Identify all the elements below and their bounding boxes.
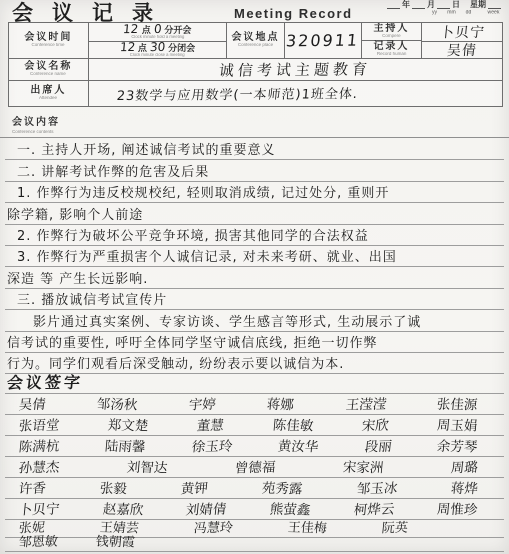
host-label: 主持人 Compere: [362, 23, 422, 40]
signature-heading: 会议签字: [4, 370, 84, 394]
date-blank-year: [387, 1, 400, 9]
place-label-cell: 会议地点 Conference place: [227, 23, 285, 58]
signature-row: 卜贝宁 赵嘉欣 刘婧倩 熊萤鑫 柯烨云 周惟珍: [5, 499, 504, 520]
date-blank-week: [488, 1, 501, 9]
signature-name: 钱朝霞: [95, 531, 136, 551]
meeting-name-label-cn: 会议名称: [24, 61, 72, 72]
host-label-en: Compere: [382, 34, 401, 39]
date-fill-line: 年 月 日 星期 yy mm dd week: [363, 1, 501, 16]
meeting-name-value: 诚信考试主题教育: [218, 58, 372, 80]
signature-name: 邹恩敏: [18, 530, 59, 550]
content-section-label: 会议内容 Conference contents: [12, 112, 67, 136]
time-open-dot-label: 点: [142, 26, 151, 35]
date-label-week: 星期: [470, 1, 486, 9]
signature-name: 柯烨云: [353, 497, 396, 518]
attendee-label-cn: 出席人: [30, 85, 66, 96]
document-title-en: Meeting Record: [234, 6, 353, 21]
signature-name: 蒋娜: [267, 393, 296, 413]
date-blank-month: [412, 1, 425, 9]
signature-name: 张佳源: [437, 393, 479, 414]
signature-name: 刘婧倩: [185, 497, 228, 518]
signature-name: 宋欣: [361, 414, 390, 435]
meeting-name-label-en: Conference name: [30, 72, 66, 77]
attendee-label-cell: 出席人 Attendee: [9, 81, 89, 106]
content-lines: 一. 主持人开场, 阐述诚信考试的重要意义 二. 讲解考试作弊的危害及后果 1.…: [5, 139, 504, 374]
signature-row: 孙慧杰 刘智达 曾德福 宋家洲 周璐: [5, 457, 504, 478]
signature-name: 许香: [18, 477, 47, 498]
content-line: 影片通过真实案例、专家访谈、学生感言等形式, 生动展示了诚: [5, 310, 504, 331]
signature-name: 周璐: [450, 456, 479, 477]
time-open-minute: 0: [153, 23, 162, 35]
signature-name: 卜贝宁: [18, 497, 61, 518]
signature-name: 董慧: [196, 414, 225, 435]
signature-name: 邹玉冰: [355, 476, 398, 497]
date-label-year: 年: [402, 1, 410, 9]
signature-name: 赵嘉欣: [102, 498, 144, 519]
host-label-cn: 主持人: [373, 23, 409, 34]
content-line: 1. 作弊行为违反校规校纪, 轻则取消成绩, 记过处分, 重则开: [5, 182, 504, 203]
signature-name: 周玉娟: [437, 414, 479, 435]
time-label-en: Conference time: [32, 43, 65, 48]
place-label-en: Conference place: [238, 43, 273, 48]
date-en-yy: yy: [428, 10, 441, 15]
signature-name: 陈佳敏: [272, 414, 314, 435]
content-line: 3. 作弊行为严重损害个人诚信记录, 对未来考研、就业、出国: [5, 246, 504, 267]
signature-row: 张妮 王婧芸 冯慧玲 王佳梅 阮英: [5, 520, 504, 538]
signature-name: 阮英: [381, 517, 409, 537]
signature-row: 陈满杭 陆雨馨 徐玉玲 黄汝华 段丽 余芳琴: [5, 436, 504, 457]
meeting-name-value-cell: 诚信考试主题教育: [89, 59, 502, 80]
table-row-attendee: 出席人 Attendee 23数学与应用数学(一本师范)1班全体.: [9, 81, 502, 106]
content-label-en: Conference contents: [12, 130, 54, 135]
recorder-label-cn: 记录人: [373, 41, 409, 52]
date-blank-day: [437, 1, 450, 9]
signature-name: 徐玉玲: [191, 434, 234, 455]
signature-name: 苑秀露: [261, 477, 303, 498]
signature-name: 孙慧杰: [18, 455, 61, 476]
date-label-day: 日: [452, 1, 460, 9]
content-line: 2. 作弊行为破坏公平竞争环境, 损害其他同学的合法权益: [5, 225, 504, 246]
recorder-label-en: Record human: [377, 52, 407, 57]
content-line: 二. 讲解考试作弊的危害及后果: [5, 160, 504, 181]
signature-row: 张语堂 郑文楚 董慧 陈佳敏 宋欣 周玉娟: [5, 415, 504, 436]
date-en-week: week: [487, 10, 500, 15]
place-label-cn: 会议地点: [231, 32, 279, 43]
signature-name: 余芳琴: [437, 435, 479, 456]
signature-name: 王滢滢: [345, 392, 388, 413]
content-divider: [0, 137, 509, 138]
meeting-info-table: 会议时间 Conference time 12 点 0 分开会 Clock mi…: [8, 22, 503, 107]
recorder-value: 吴倩: [446, 40, 478, 58]
signature-section: 会议签字 吴倩 邹汤秋 宇婷 蒋娜 王滢滢 张佳源 张语堂 郑文楚 董慧 陈佳敏…: [5, 374, 504, 552]
signature-row: 吴倩 邹汤秋 宇婷 蒋娜 王滢滢 张佳源: [5, 394, 504, 415]
time-label-cn: 会议时间: [24, 32, 72, 43]
host-recorder-value-cell: 卜贝宁 吴倩: [422, 23, 502, 58]
attendee-value: 23数学与应用数学(一本师范)1班全体.: [116, 83, 359, 104]
signature-name: 蒋烨: [450, 477, 479, 497]
signature-name: 段丽: [364, 435, 393, 456]
content-line: 除学籍, 影响个人前途: [5, 203, 504, 224]
table-row-time-place-host: 会议时间 Conference time 12 点 0 分开会 Clock mi…: [9, 23, 502, 59]
signature-name: 陈满杭: [18, 434, 61, 455]
time-close-minute: 30: [149, 41, 165, 53]
recorder-label: 记录人 Record human: [362, 40, 422, 58]
signature-name: 周惟珍: [437, 498, 479, 519]
signature-name: 王佳梅: [287, 517, 328, 537]
signature-name: 宋家洲: [342, 456, 384, 477]
meeting-name-label-cell: 会议名称 Conference name: [9, 59, 89, 80]
meeting-record-document: 会议记录 Meeting Record 年 月 日 星期 yy mm dd we…: [0, 0, 509, 554]
signature-name: 张毅: [99, 477, 128, 497]
place-value-cell: 320911: [285, 23, 362, 58]
time-open-hour: 12: [123, 23, 139, 35]
signature-name: 宇婷: [188, 393, 217, 414]
content-label-cn: 会议内容: [12, 117, 60, 128]
attendee-label-en: Attendee: [39, 96, 57, 101]
content-line: 深造 等 产生长远影响.: [5, 267, 504, 288]
place-value: 320911: [285, 31, 360, 51]
time-close-hour: 12: [119, 41, 135, 53]
content-line: 一. 主持人开场, 阐述诚信考试的重要意义: [5, 139, 504, 160]
signature-name: 张语堂: [18, 413, 61, 434]
table-row-meeting-name: 会议名称 Conference name 诚信考试主题教育: [9, 59, 502, 81]
signature-row: 许香 张毅 黄钾 苑秀露 邹玉冰 蒋烨: [5, 478, 504, 499]
signature-row: 邹恩敏 钱朝霞: [5, 538, 504, 552]
attendee-value-cell: 23数学与应用数学(一本师范)1班全体.: [89, 81, 502, 106]
signature-name: 刘智达: [126, 456, 168, 477]
signature-name: 吴倩: [18, 393, 47, 414]
date-labels: 年 月 日 星期: [363, 1, 501, 9]
signature-name: 邹汤秋: [96, 393, 138, 414]
signature-name: 冯慧玲: [193, 516, 234, 536]
content-line: 信考试的重要性, 呼吁全体同学坚守诚信底线, 拒绝一切作弊: [5, 332, 504, 353]
signature-name: 黄汝华: [277, 435, 319, 456]
time-open-suffix-label: 分开会: [164, 26, 191, 35]
time-close-suffix-label: 分闭会: [168, 44, 195, 53]
time-label-cell: 会议时间 Conference time: [9, 23, 89, 58]
time-open-row: 12 点 0 分开会 Clock minute hold a meeting: [89, 23, 226, 41]
date-en-dd: dd: [462, 10, 475, 15]
signature-name: 黄钾: [180, 477, 209, 498]
date-labels-en: yy mm dd week: [363, 10, 501, 16]
date-en-mm: mm: [445, 10, 458, 15]
host-value: 卜贝宁: [439, 23, 486, 42]
time-open-en: Clock minute hold a meeting: [131, 35, 184, 39]
time-close-en: Clock minute close a meeting: [130, 53, 185, 57]
signature-name: 陆雨馨: [105, 435, 147, 456]
signature-name: 熊萤鑫: [269, 498, 311, 519]
host-recorder-label-cell: 主持人 Compere 记录人 Record human: [362, 23, 423, 58]
time-close-row: 12 点 30 分闭会 Clock minute close a meeting: [89, 41, 226, 59]
time-value-cell: 12 点 0 分开会 Clock minute hold a meeting 1…: [89, 23, 227, 58]
signature-name: 郑文楚: [107, 414, 149, 435]
time-close-dot-label: 点: [138, 44, 147, 53]
content-line: 三. 播放诚信考试宣传片: [5, 289, 504, 310]
date-label-month: 月: [427, 1, 435, 9]
signature-name: 曾德福: [234, 455, 277, 476]
